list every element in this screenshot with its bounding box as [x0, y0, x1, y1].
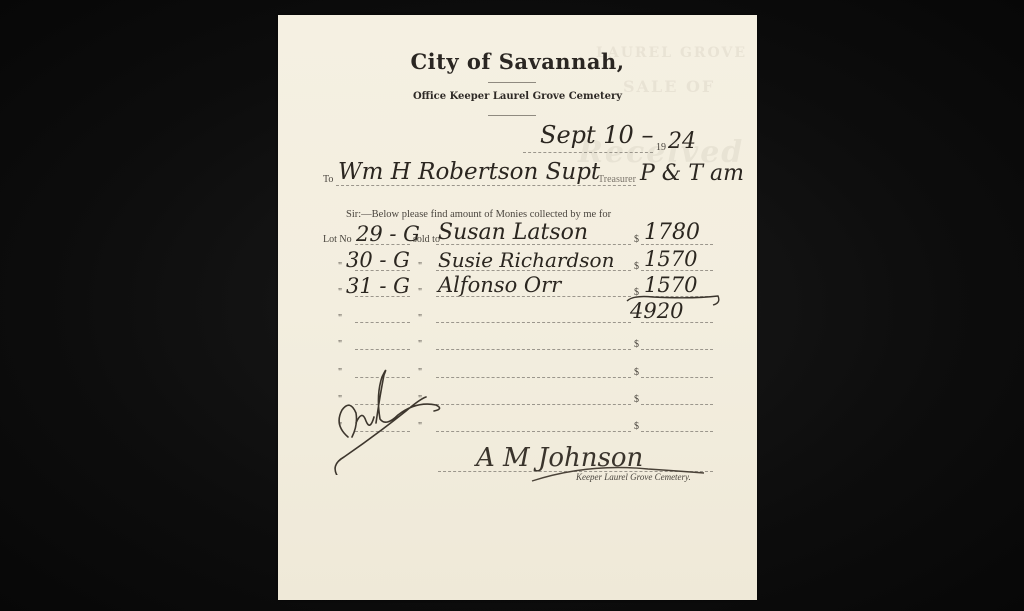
amount: 1570 — [644, 247, 697, 271]
currency-symbol: $ — [634, 234, 639, 245]
ditto-mark: " — [338, 287, 342, 298]
buyer-name: Alfonso Orr — [438, 273, 561, 297]
amount-line — [641, 349, 713, 350]
keeper-title: Keeper Laurel Grove Cemetery. — [576, 472, 691, 482]
lot-label: Lot No — [323, 234, 352, 245]
lot-number: 30 - G — [346, 248, 410, 272]
title-handwritten: P & T am — [640, 161, 744, 186]
currency-symbol: $ — [634, 394, 639, 405]
receipt-paper: LAUREL GROVE SALE OF Received City of Sa… — [278, 15, 757, 600]
date-handwritten: Sept 10 – — [540, 121, 653, 149]
amount: 1780 — [644, 220, 700, 245]
year-handwritten: 24 — [668, 129, 696, 154]
ditto-mark: " — [418, 287, 422, 298]
ditto-mark: " — [418, 339, 422, 350]
buyer-name: Susan Latson — [438, 220, 588, 245]
ditto-mark: " — [338, 261, 342, 272]
lot-number: 29 - G — [356, 222, 420, 246]
currency-symbol: $ — [634, 261, 639, 272]
heading-rule — [488, 82, 536, 83]
buyer-line — [436, 431, 631, 432]
date-line — [523, 152, 653, 153]
buyer-line — [436, 404, 631, 405]
document-subheading: Office Keeper Laurel Grove Cemetery — [278, 91, 757, 102]
amount-line — [641, 377, 713, 378]
total-amount: 4920 — [630, 299, 683, 323]
buyer-line — [436, 322, 631, 323]
currency-symbol: $ — [634, 421, 639, 432]
buyer-name: Susie Richardson — [438, 248, 614, 272]
amount-line — [641, 431, 713, 432]
currency-symbol: $ — [634, 339, 639, 350]
buyer-line — [436, 377, 631, 378]
to-line — [336, 185, 636, 186]
year-prefix: 19 — [656, 142, 666, 153]
lot-line — [355, 322, 410, 323]
currency-symbol: $ — [634, 367, 639, 378]
lot-number: 31 - G — [346, 274, 410, 298]
lot-line — [355, 349, 410, 350]
ditto-mark: " — [418, 313, 422, 324]
amount-line — [641, 404, 713, 405]
recipient-handwritten: Wm H Robertson Supt — [338, 159, 600, 185]
ditto-mark: " — [418, 261, 422, 272]
ditto-mark: " — [338, 313, 342, 324]
treasurer-label: Treasurer — [598, 174, 636, 185]
to-label: To — [323, 174, 333, 185]
buyer-line — [436, 349, 631, 350]
initials-flourish — [326, 365, 451, 475]
intro-text: Sir:—Below please find amount of Monies … — [346, 209, 611, 220]
subheading-rule — [488, 115, 536, 116]
ditto-mark: " — [338, 339, 342, 350]
document-heading: City of Savannah, — [278, 49, 757, 74]
